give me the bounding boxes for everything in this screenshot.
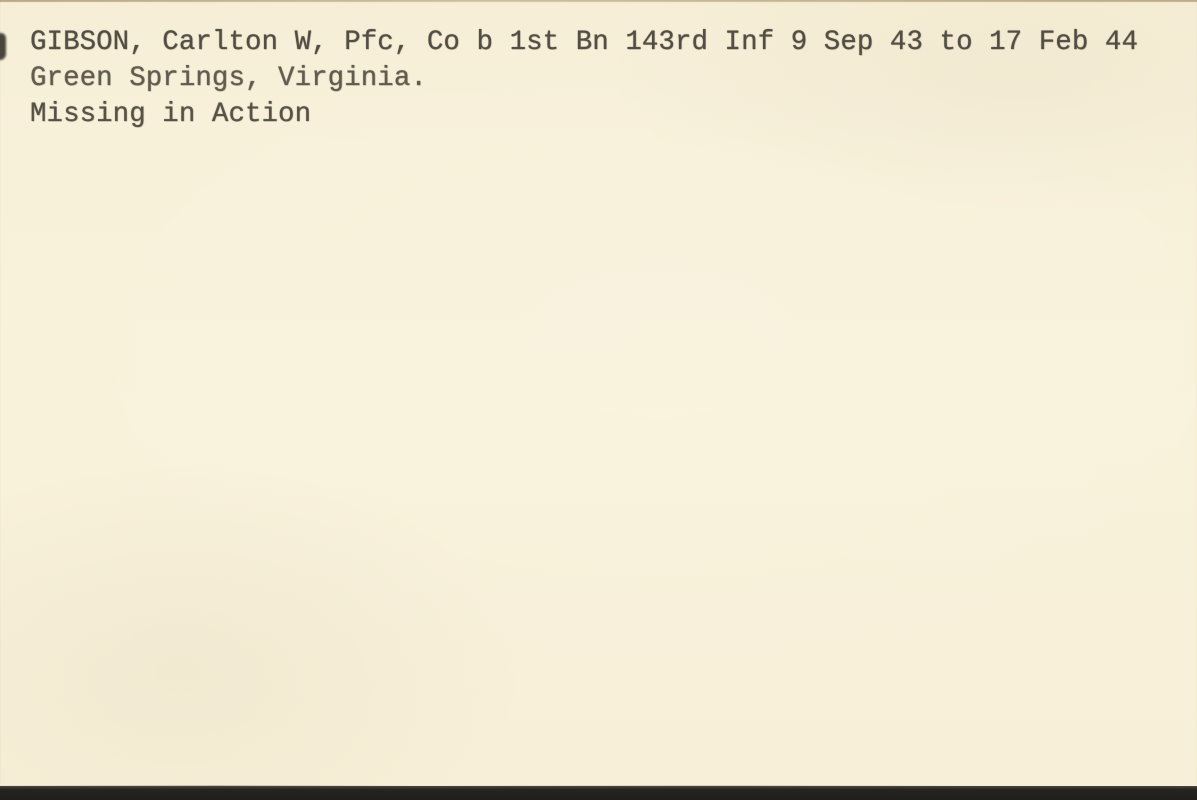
ink-smudge-left-edge — [0, 33, 6, 60]
home-town-line: Green Springs, Virginia. — [30, 61, 1180, 97]
record-header-line: GIBSON, Carlton W, Pfc, Co b 1st Bn 143r… — [30, 25, 1180, 61]
scan-edge-artifact-top — [0, 0, 1197, 2]
index-card: GIBSON, Carlton W, Pfc, Co b 1st Bn 143r… — [0, 0, 1197, 787]
scanner-bed-strip — [0, 786, 1197, 800]
scanned-index-card-page: GIBSON, Carlton W, Pfc, Co b 1st Bn 143r… — [0, 0, 1197, 800]
typewritten-text-block: GIBSON, Carlton W, Pfc, Co b 1st Bn 143r… — [30, 25, 1180, 133]
status-line: Missing in Action — [30, 97, 1180, 133]
